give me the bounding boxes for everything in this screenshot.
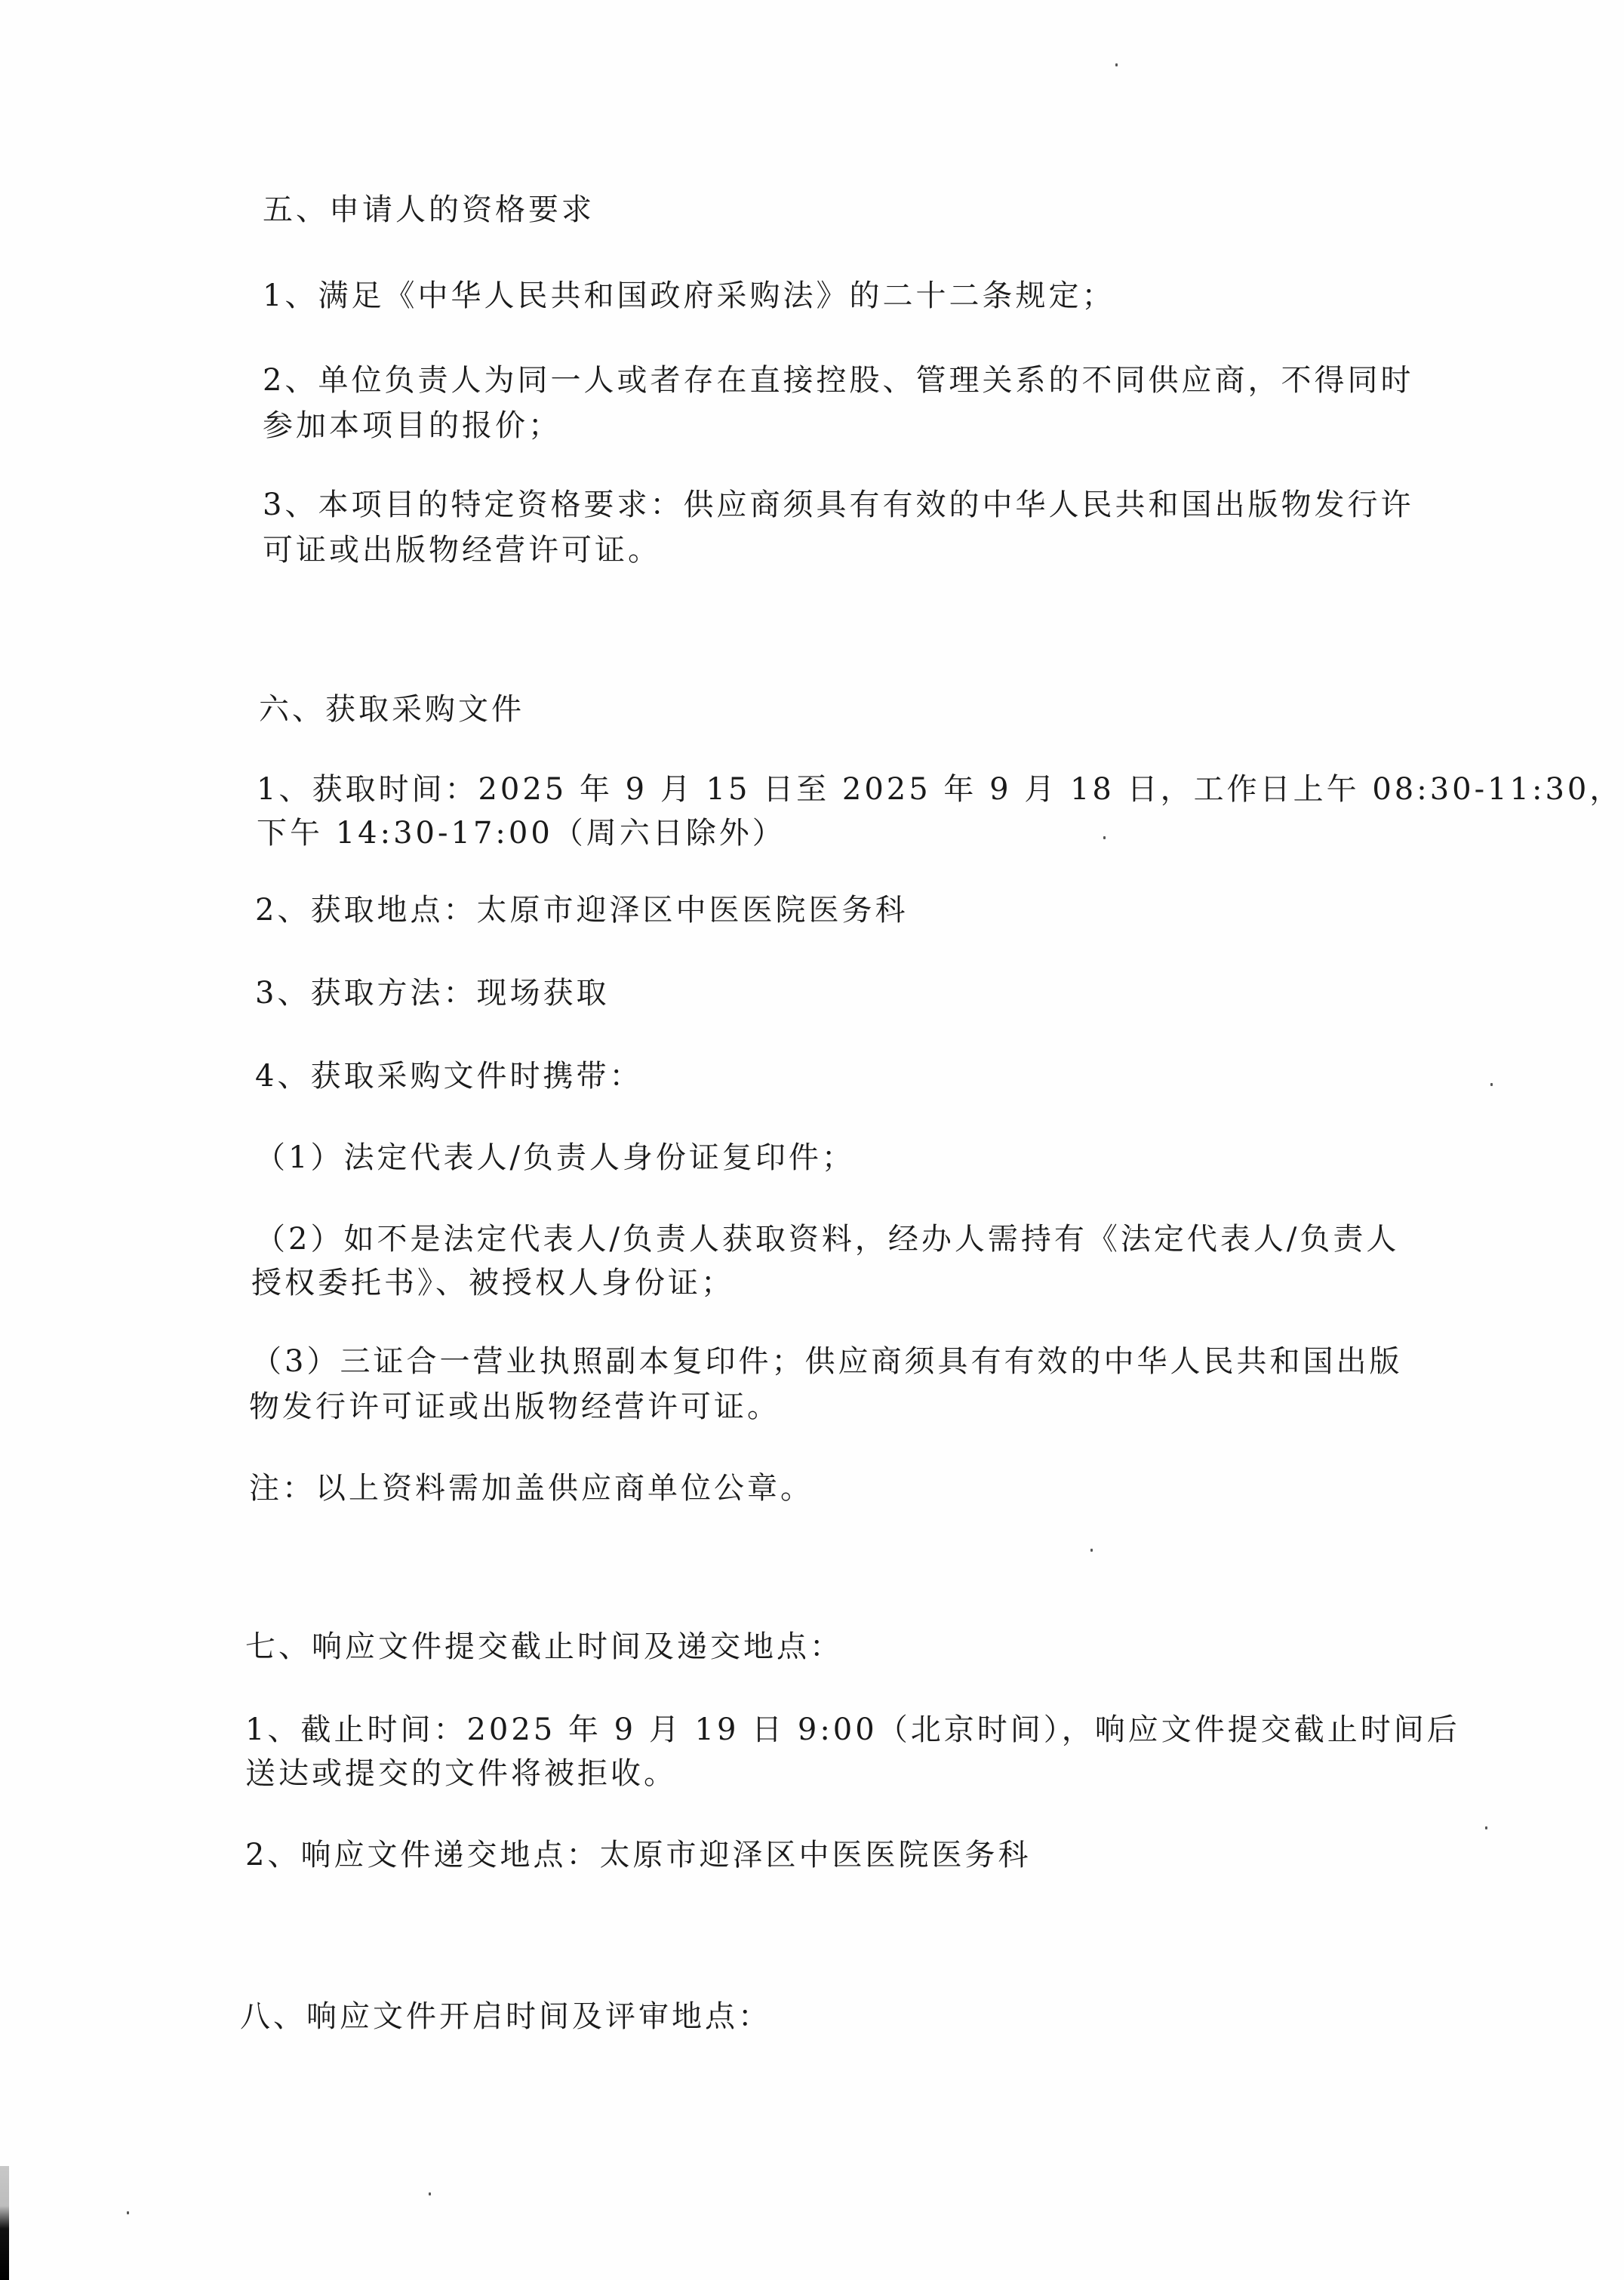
section-5-item-3-line-1: 3、本项目的特定资格要求：供应商须具有有效的中华人民共和国出版物发行许 — [263, 487, 1413, 523]
scan-speck — [1485, 1826, 1487, 1829]
section-6-item-3: 3、获取方法：现场获取 — [255, 975, 609, 1011]
section-6-item-2: 2、获取地点：太原市迎泽区中医医院医务科 — [255, 892, 908, 928]
section-5-heading: 五、申请人的资格要求 — [263, 192, 595, 228]
section-8-heading: 八、响应文件开启时间及评审地点： — [240, 1998, 771, 2035]
section-6-item-1-line-1: 1、获取时间：2025 年 9 月 15 日至 2025 年 9 月 18 日，… — [257, 771, 1622, 808]
section-6-item-4-sub-2-line-1: （2）如不是法定代表人/负责人获取资料，经办人需持有《法定代表人/负责人 — [255, 1221, 1399, 1257]
section-5-item-2-line-1: 2、单位负责人为同一人或者存在直接控股、管理关系的不同供应商，不得同时 — [263, 362, 1413, 398]
section-6-item-1-line-2: 下午 14:30-17:00（周六日除外） — [257, 815, 786, 851]
section-5-item-2-line-2: 参加本项目的报价； — [263, 408, 561, 444]
section-5-item-3-line-2: 可证或出版物经营许可证。 — [263, 532, 661, 568]
scanned-page: 五、申请人的资格要求 1、满足《中华人民共和国政府采购法》的二十二条规定； 2、… — [0, 0, 1624, 2280]
scan-speck — [1115, 63, 1118, 66]
section-5-item-1: 1、满足《中华人民共和国政府采购法》的二十二条规定； — [263, 278, 1115, 314]
section-6-item-4: 4、获取采购文件时携带： — [255, 1058, 642, 1094]
scan-edge-shadow — [0, 2166, 9, 2280]
section-6-note: 注：以上资料需加盖供应商单位公章。 — [249, 1470, 814, 1506]
scan-speck — [127, 2211, 129, 2214]
scan-speck — [1103, 836, 1106, 839]
scan-speck — [429, 2192, 431, 2195]
scan-speck — [1090, 1549, 1093, 1552]
scan-speck — [1490, 1083, 1493, 1086]
section-7-item-1-line-1: 1、截止时间：2025 年 9 月 19 日 9:00（北京时间），响应文件提交… — [245, 1712, 1460, 1748]
section-7-item-1-line-2: 送达或提交的文件将被拒收。 — [245, 1755, 677, 1792]
section-6-item-4-sub-3-line-1: （3）三证合一营业执照副本复印件；供应商须具有有效的中华人民共和国出版 — [251, 1343, 1402, 1380]
section-6-heading: 六、获取采购文件 — [259, 691, 524, 728]
section-6-item-4-sub-2-line-2: 授权委托书》、被授权人身份证； — [251, 1265, 734, 1301]
section-6-item-4-sub-3-line-2: 物发行许可证或出版物经营许可证。 — [249, 1389, 780, 1425]
section-6-item-4-sub-1: （1）法定代表人/负责人身份证复印件； — [255, 1140, 855, 1176]
section-7-heading: 七、响应文件提交截止时间及递交地点： — [245, 1629, 843, 1665]
section-7-item-2: 2、响应文件递交地点：太原市迎泽区中医医院医务科 — [245, 1837, 1031, 1873]
